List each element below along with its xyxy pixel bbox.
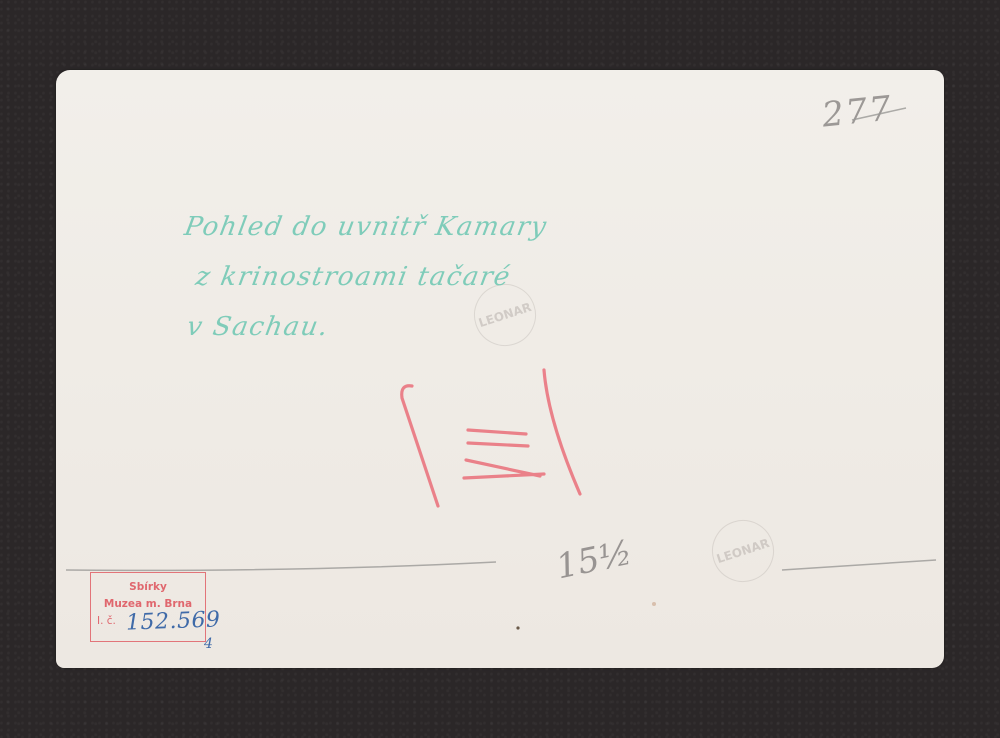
stamp-line1: Sbírky (91, 579, 205, 596)
caption-line: v Sachau. (163, 302, 534, 352)
caption-line: z krinostroami tačaré (172, 252, 543, 302)
inventory-suffix: 4 (204, 636, 213, 652)
handwritten-caption: Pohled do uvnitř Kamary z krinostroami t… (163, 202, 552, 352)
inventory-number: 152.569 (126, 607, 221, 635)
caption-line: Pohled do uvnitř Kamary (180, 202, 551, 252)
pencil-number: 277 (820, 88, 895, 135)
